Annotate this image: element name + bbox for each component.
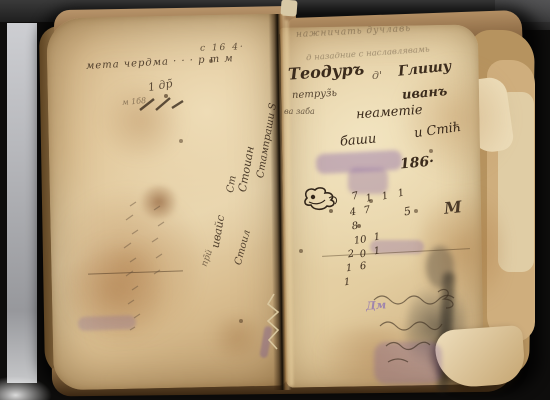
ink-scribbles-bottom <box>368 286 480 370</box>
handwriting-name-ivan: иванъ <box>402 85 448 102</box>
handwritten-digit: 8 <box>351 222 359 233</box>
handwriting-word-bashi: баши <box>340 132 377 148</box>
handwriting-small-d: д' <box>372 70 382 81</box>
handwriting-year-186: 186· <box>399 155 434 172</box>
handwritten-digit: 1 <box>345 264 352 275</box>
handwritten-digit: 10 <box>353 235 367 247</box>
floor-glow <box>0 376 52 400</box>
handwriting-small-note: ва заб́а <box>284 108 315 116</box>
handwritten-digit: 6 <box>359 262 366 273</box>
ink-smudge <box>426 246 454 288</box>
pencil-scribble-column <box>110 200 182 335</box>
binding-thread <box>260 292 288 356</box>
handwritten-digit: 0 <box>359 250 367 261</box>
handwritten-digit: 1 <box>373 247 381 258</box>
ink-specks <box>0 0 2 2</box>
handwriting-corner-note: с 16 4· <box>200 43 245 54</box>
photo-old-manuscript: с 16 4· мета чердма · · · р т м 1 др̃ м … <box>0 0 550 400</box>
handwriting-monogram-m: М <box>443 199 462 217</box>
handwritten-digit: 1 <box>373 233 381 244</box>
gray-backdrop-panel <box>7 23 37 383</box>
ink-doodle-emblem <box>300 183 342 219</box>
handwritten-digit: 2 <box>347 250 355 261</box>
ink-scratch-marks <box>136 92 188 118</box>
handwritten-digit: 1 <box>343 278 350 289</box>
